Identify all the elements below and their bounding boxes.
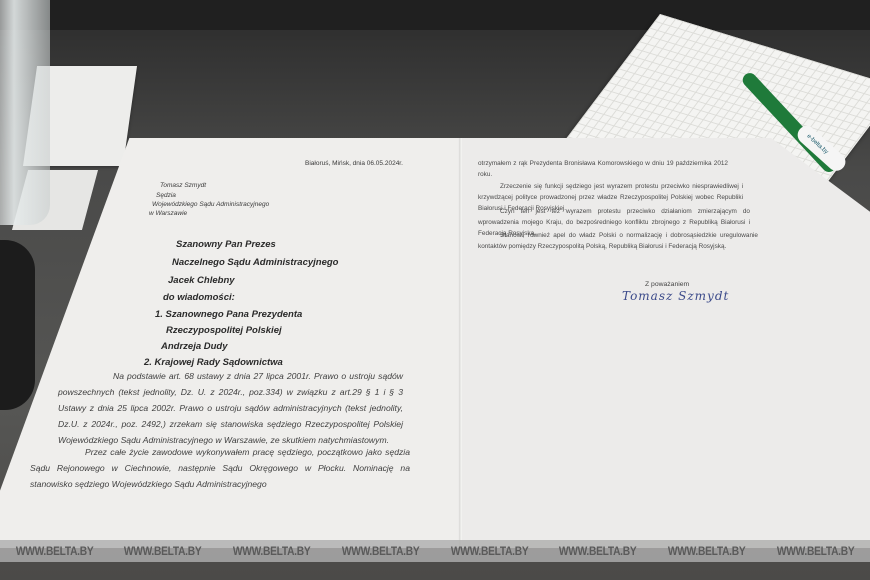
- addressee-line: Andrzeja Dudy: [161, 341, 228, 352]
- watermark-text: WWW.BELTA.BY: [451, 544, 529, 558]
- watermark-text: WWW.BELTA.BY: [777, 544, 855, 558]
- addressee-line: 1. Szanownego Pana Prezydenta: [155, 309, 302, 320]
- right-paragraph-3: Stanowi, również apel do władz Polski o …: [478, 230, 758, 252]
- addressee-line: do wiadomości:: [163, 292, 235, 303]
- watermark-text: WWW.BELTA.BY: [559, 544, 637, 558]
- water-glass: [0, 0, 50, 225]
- addressee-line: Jacek Chlebny: [168, 275, 235, 286]
- background-shadow: [0, 0, 870, 30]
- watermark-text: WWW.BELTA.BY: [668, 544, 746, 558]
- paragraph-1: Na podstawie art. 68 ustawy z dnia 27 li…: [58, 368, 403, 448]
- watermark-strip: WWW.BELTA.BYWWW.BELTA.BYWWW.BELTA.BYWWW.…: [0, 540, 870, 562]
- addressee-line: Rzeczypospolitej Polskiej: [166, 325, 282, 336]
- right-paragraph-0: otrzymałem z rąk Prezydenta Bronisława K…: [478, 158, 728, 180]
- closing: Z poważaniem: [645, 281, 689, 288]
- sender-name: Tomasz Szmydt: [160, 182, 206, 189]
- watermark-text: WWW.BELTA.BY: [342, 544, 420, 558]
- addressee-line: Szanowny Pan Prezes: [176, 239, 276, 250]
- sender-line4: w Warszawie: [149, 210, 187, 217]
- page-fold: [459, 138, 462, 548]
- signature: Tomasz Szmydt: [622, 289, 729, 303]
- watermark-text: WWW.BELTA.BY: [124, 544, 202, 558]
- watermark-text: WWW.BELTA.BY: [233, 544, 311, 558]
- dark-object: [0, 240, 35, 410]
- watermark-text: WWW.BELTA.BY: [16, 544, 94, 558]
- place-date: Białoruś, Mińsk, dnia 06.05.2024r.: [305, 160, 403, 167]
- sender-line2: Sędzia: [156, 192, 176, 199]
- addressee-line: Naczelnego Sądu Administracyjnego: [172, 257, 338, 268]
- addressee-line: 2. Krajowej Rady Sądownictwa: [144, 357, 283, 368]
- paragraph-2: Przez całe życie zawodowe wykonywałem pr…: [30, 444, 410, 492]
- sender-line3: Wojewódzkiego Sądu Administracyjnego: [152, 201, 269, 208]
